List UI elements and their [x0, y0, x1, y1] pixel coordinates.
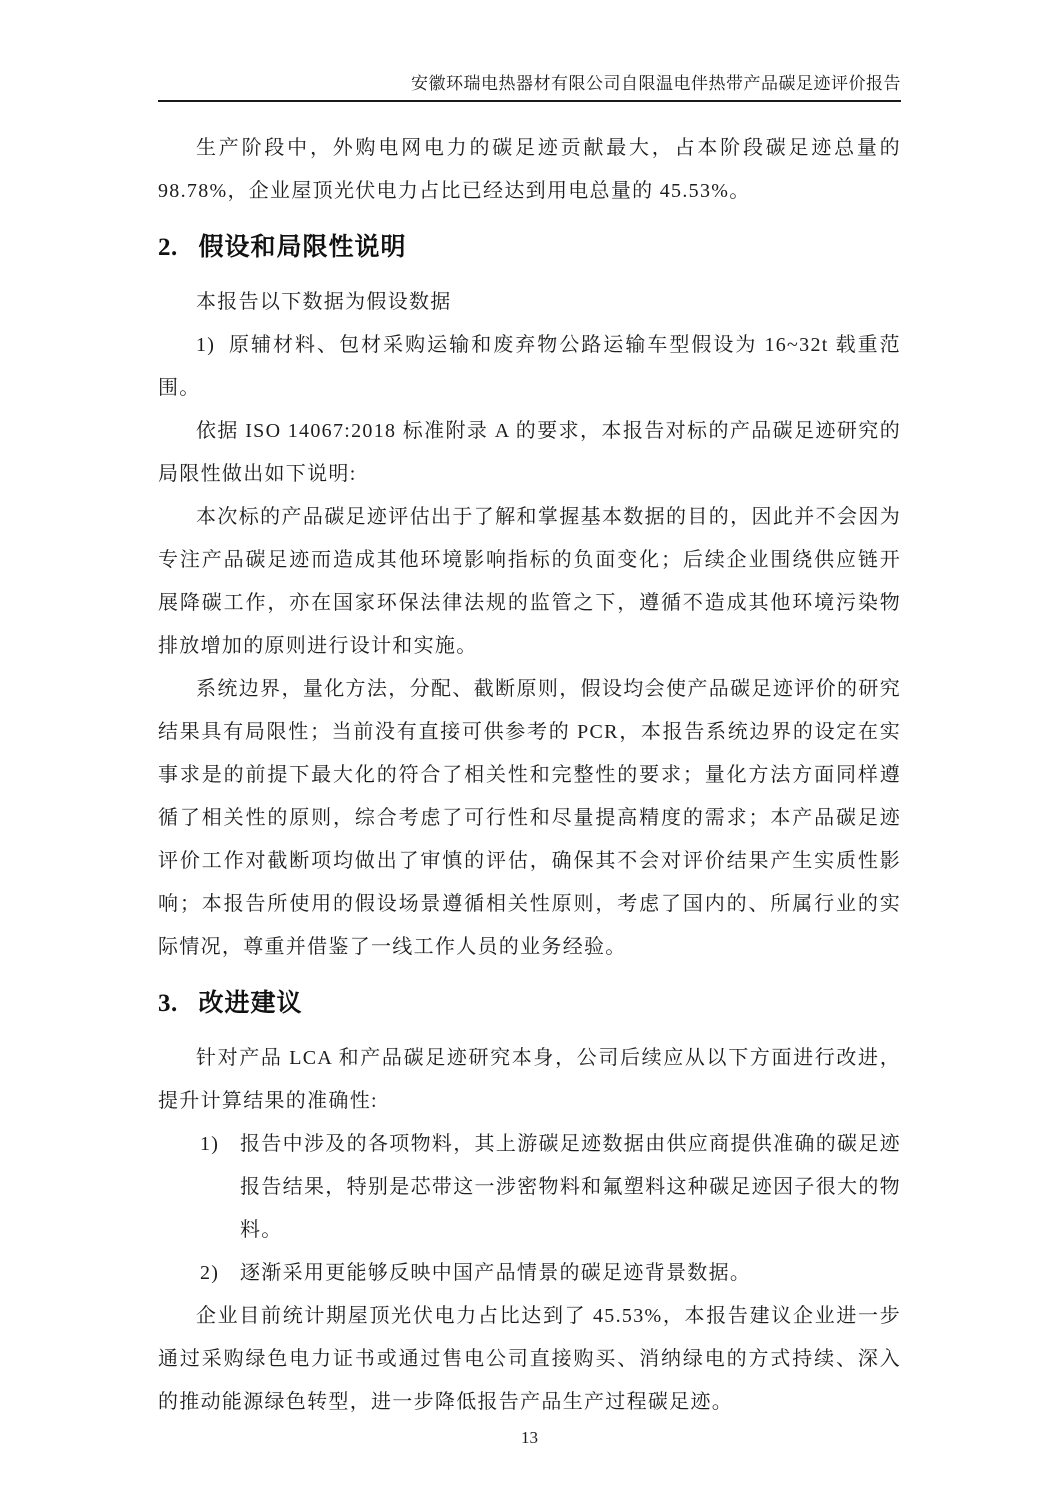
assumption-note-paragraph: 本报告以下数据为假设数据: [158, 281, 901, 324]
section-3-number: 3.: [158, 990, 178, 1017]
improvement-list-item-1: 1) 报告中涉及的各项物料，其上游碳足迹数据由供应商提供准确的碳足迹报告结果，特…: [158, 1123, 901, 1252]
section-2-heading: 2. 假设和局限性说明: [158, 227, 901, 268]
section-2-title: 假设和局限性说明: [199, 233, 407, 261]
section-2-number: 2.: [158, 234, 178, 261]
header-title: 安徽环瑞电热器材有限公司自限温电伴热带产品碳足迹评价报告: [411, 74, 901, 93]
closing-paragraph: 企业目前统计期屋顶光伏电力占比达到了 45.53%，本报告建议企业进一步通过采购…: [158, 1295, 901, 1424]
improvement-item-1-marker: 1): [200, 1123, 219, 1166]
section-3-heading: 3. 改进建议: [158, 983, 901, 1024]
improvement-item-2-text: 逐渐采用更能够反映中国产品情景的碳足迹背景数据。: [240, 1262, 751, 1284]
limitation-paragraph-2: 系统边界，量化方法，分配、截断原则，假设均会使产品碳足迹评价的研究结果具有局限性…: [158, 668, 901, 969]
limitation-paragraph-1: 本次标的产品碳足迹评估出于了解和掌握基本数据的目的，因此并不会因为专注产品碳足迹…: [158, 496, 901, 668]
assumption-item-1-marker: 1): [196, 334, 215, 356]
page-number: 13: [158, 1426, 901, 1450]
improvement-item-1-text: 报告中涉及的各项物料，其上游碳足迹数据由供应商提供准确的碳足迹报告结果，特别是芯…: [240, 1133, 901, 1241]
intro-paragraph: 生产阶段中，外购电网电力的碳足迹贡献最大，占本阶段碳足迹总量的 98.78%，企…: [158, 127, 901, 213]
page-content: 生产阶段中，外购电网电力的碳足迹贡献最大，占本阶段碳足迹总量的 98.78%，企…: [158, 127, 901, 1450]
iso-requirement-paragraph: 依据 ISO 14067:2018 标准附录 A 的要求，本报告对标的产品碳足迹…: [158, 410, 901, 496]
page-header: 安徽环瑞电热器材有限公司自限温电伴热带产品碳足迹评价报告: [158, 72, 901, 102]
assumption-list-item-1: 1)原辅材料、包材采购运输和废弃物公路运输车型假设为 16~32t 载重范围。: [158, 324, 901, 410]
improvement-list-item-2: 2) 逐渐采用更能够反映中国产品情景的碳足迹背景数据。: [158, 1252, 901, 1295]
section-3-title: 改进建议: [199, 989, 303, 1017]
improvement-item-2-marker: 2): [200, 1252, 219, 1295]
document-page: 安徽环瑞电热器材有限公司自限温电伴热带产品碳足迹评价报告 生产阶段中，外购电网电…: [0, 0, 1060, 1500]
improvement-intro-paragraph: 针对产品 LCA 和产品碳足迹研究本身，公司后续应从以下方面进行改进，提升计算结…: [158, 1037, 901, 1123]
assumption-item-1-text: 原辅材料、包材采购运输和废弃物公路运输车型假设为 16~32t 载重范围。: [158, 334, 901, 399]
